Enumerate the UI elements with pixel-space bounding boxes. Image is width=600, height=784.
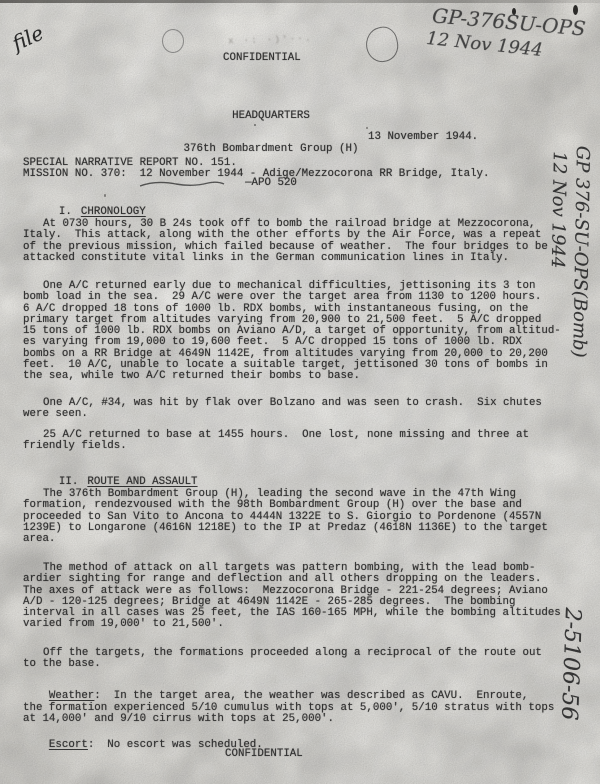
route-paragraph-2: The method of attack on all targets was …	[23, 563, 585, 631]
scanned-report-page: file GP-376SU-OPS 12 Nov 1944 GP 376-SU-…	[0, 0, 600, 784]
section-2-numeral: II.	[59, 476, 87, 488]
ink-speck	[366, 127, 368, 129]
weather-label: Weather	[49, 690, 94, 702]
chronology-paragraph-4: 25 A/C returned to base at 1455 hours. O…	[23, 430, 585, 453]
weather-text: : In the target area, the weather was de…	[23, 690, 554, 725]
route-paragraph-1: The 376th Bombardment Group (H), leading…	[23, 489, 585, 545]
route-paragraph-3: Off the targets, the formations proceede…	[23, 648, 585, 671]
classification-bottom: CONFIDENTIAL	[225, 749, 303, 760]
pencil-circle-annotation	[363, 24, 402, 65]
pencil-circle-annotation	[162, 29, 184, 53]
ink-speck	[573, 5, 578, 15]
hq-line2: 376th Bombardment Group (H)	[183, 144, 359, 155]
faded-stamp-smudge: x ·: ·)'··.	[228, 33, 313, 47]
mission-line: MISSION NO. 370: 12 November 1944 - Adig…	[23, 169, 585, 180]
chronology-paragraph-2: One A/C returned early due to mechanical…	[23, 281, 585, 383]
escort-label: Escort	[49, 739, 88, 751]
scan-edge-artifact	[0, 0, 600, 3]
section-1-title: CHRONOLOGY	[81, 206, 146, 218]
weather-paragraph: Weather: In the target area, the weather…	[23, 680, 585, 736]
chronology-paragraph-3: One A/C, #34, was hit by flak over Bolza…	[23, 398, 585, 421]
pen-underline-squiggle	[138, 179, 226, 188]
classification-top: CONFIDENTIAL	[223, 53, 301, 64]
escort-paragraph: Escort: No escort was scheduled.	[23, 729, 585, 763]
hq-line1: HEADQUARTERS	[183, 111, 359, 122]
section-2-title: ROUTE AND ASSAULT	[87, 476, 197, 488]
headquarters-block: HEADQUARTERS 376th Bombardment Group (H)…	[183, 88, 359, 212]
report-date: 13 November 1944.	[368, 132, 478, 143]
file-handwritten-note: file	[8, 21, 47, 56]
chronology-paragraph-1: At 0730 hours, 30 B 24s took off to bomb…	[23, 219, 585, 264]
section-1-numeral: I.	[59, 206, 81, 218]
